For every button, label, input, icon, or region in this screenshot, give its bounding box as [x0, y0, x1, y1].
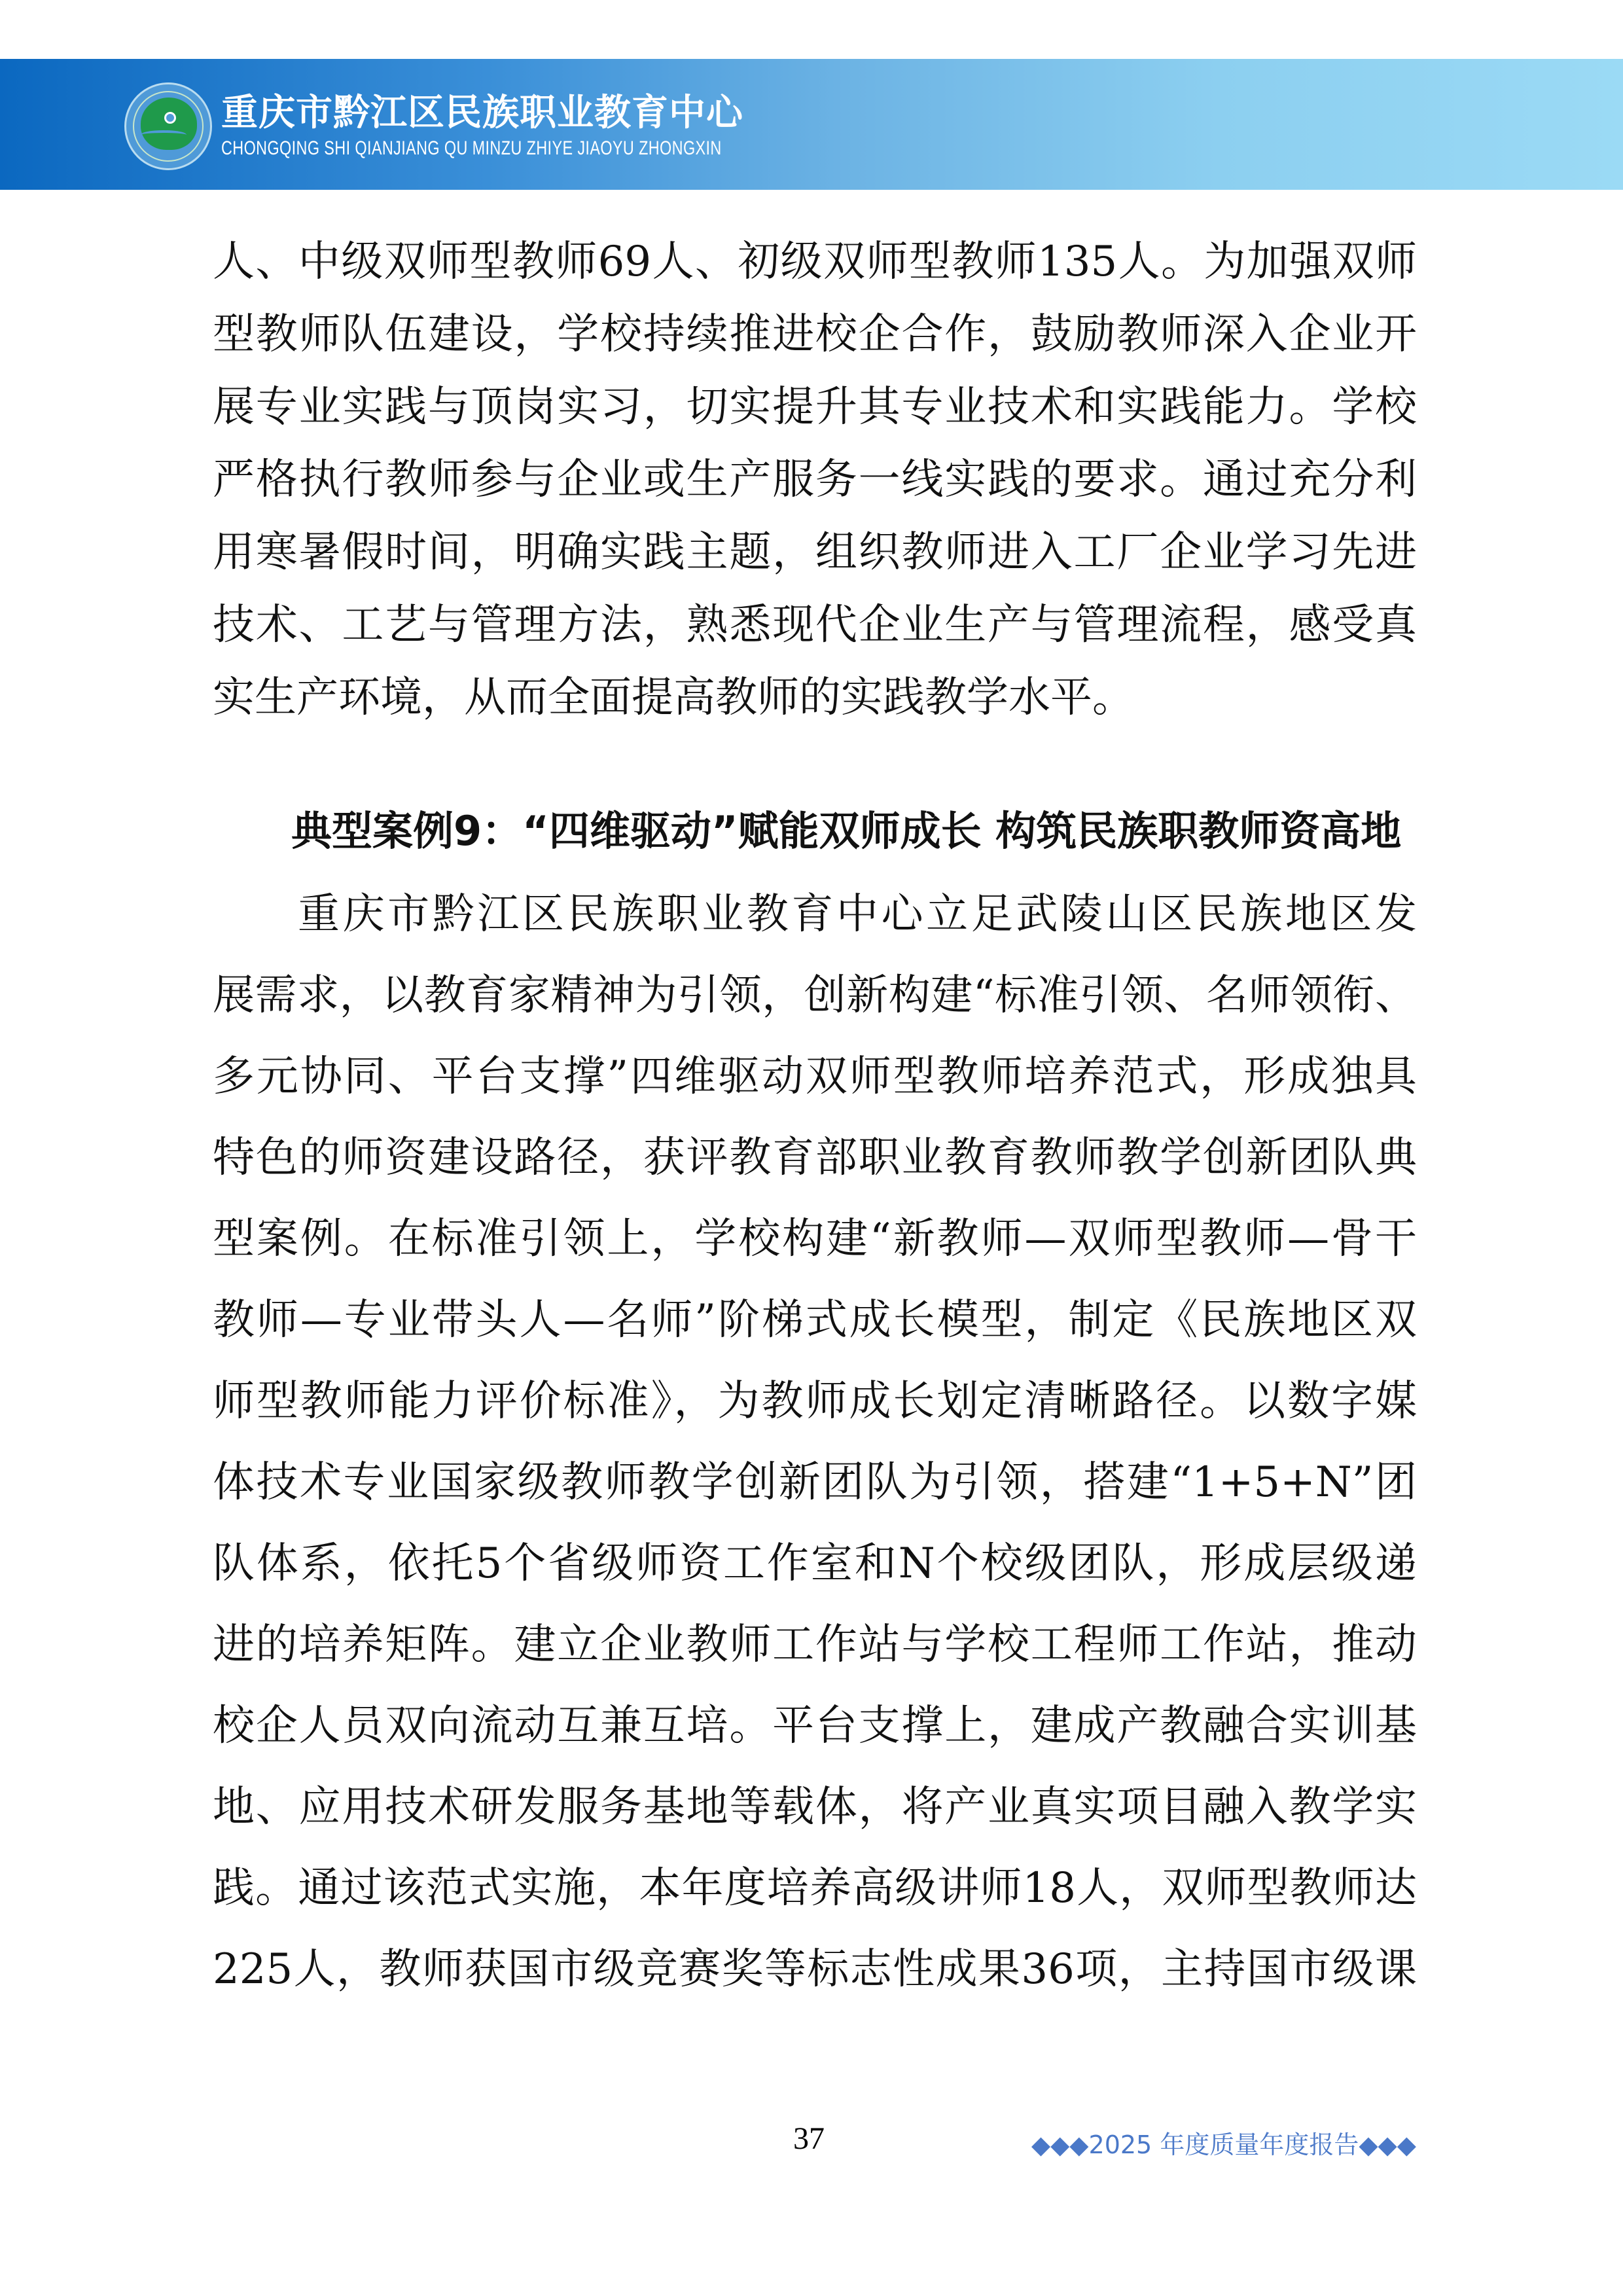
- report-label: ◆◆◆2025 年度质量年度报告◆◆◆: [827, 2125, 1416, 2161]
- text-line: 地、应用技术研发服务基地等载体，将产业真实项目融入教学实: [213, 1781, 1417, 1833]
- text-line: 型案例。在标准引领上，学校构建“新教师—双师型教师—骨干: [213, 1213, 1417, 1265]
- school-name-pinyin: CHONGQING SHI QIANJIANG QU MINZU ZHIYE J…: [221, 137, 722, 160]
- text-line: 特色的师资建设路径，获评教育部职业教育教师教学创新团队典: [213, 1132, 1417, 1184]
- text-line: 严格执行教师参与企业或生产服务一线实践的要求。通过充分利: [213, 454, 1417, 506]
- text-line: 进的培养矩阵。建立企业教师工作站与学校工程师工作站，推动: [213, 1619, 1417, 1671]
- text-line: 重庆市黔江区民族职业教育中心立足武陵山区民族地区发: [298, 888, 1417, 941]
- case-heading: 典型案例9：“四维驱动”赋能双师成长 构筑民族职教师资高地: [291, 805, 1417, 857]
- school-emblem-icon: [124, 82, 212, 170]
- text-line: 用寒暑假时间，明确实践主题，组织教师进入工厂企业学习先进: [213, 526, 1417, 579]
- text-line: 展需求，以教育家精神为引领，创新构建“标准引领、名师领衔、: [213, 969, 1417, 1022]
- emblem-swoosh: [141, 130, 187, 139]
- text-line: 人、中级双师型教师69人、初级双师型教师135人。为加强双师: [213, 236, 1417, 288]
- text-line: 队体系，依托5个省级师资工作室和N个校级团队，形成层级递: [213, 1537, 1417, 1590]
- text-line: 践。通过该范式实施，本年度培养高级讲师18人，双师型教师达: [213, 1862, 1417, 1914]
- school-name-title: 重庆市黔江区民族职业教育中心: [221, 84, 743, 136]
- text-line: 技术、工艺与管理方法，熟悉现代企业生产与管理流程，感受真: [213, 599, 1417, 651]
- emblem-dot: [164, 112, 176, 124]
- emblem-core: [141, 98, 197, 150]
- text-line: 体技术专业国家级教师教学创新团队为引领，搭建“1+5+N”团: [213, 1456, 1417, 1509]
- text-line: 师型教师能力评价标准》，为教师成长划定清晰路径。以数字媒: [213, 1375, 1417, 1427]
- text-line: 教师—专业带头人—名师”阶梯式成长模型，制定《民族地区双: [213, 1294, 1417, 1346]
- text-line: 展专业实践与顶岗实习，切实提升其专业技术和实践能力。学校: [213, 381, 1417, 433]
- text-line: 型教师队伍建设，学校持续推进校企合作，鼓励教师深入企业开: [213, 308, 1417, 361]
- text-line: 校企人员双向流动互兼互培。平台支撑上，建成产教融合实训基: [213, 1700, 1417, 1752]
- page-number: 37: [793, 2121, 825, 2157]
- text-line: 实生产环境，从而全面提高教师的实践教学水平。: [213, 672, 1417, 724]
- text-line: 多元协同、平台支撑”四维驱动双师型教师培养范式，形成独具: [213, 1050, 1417, 1103]
- text-line: 225人，教师获国市级竞赛奖等标志性成果36项，主持国市级课: [213, 1943, 1417, 1996]
